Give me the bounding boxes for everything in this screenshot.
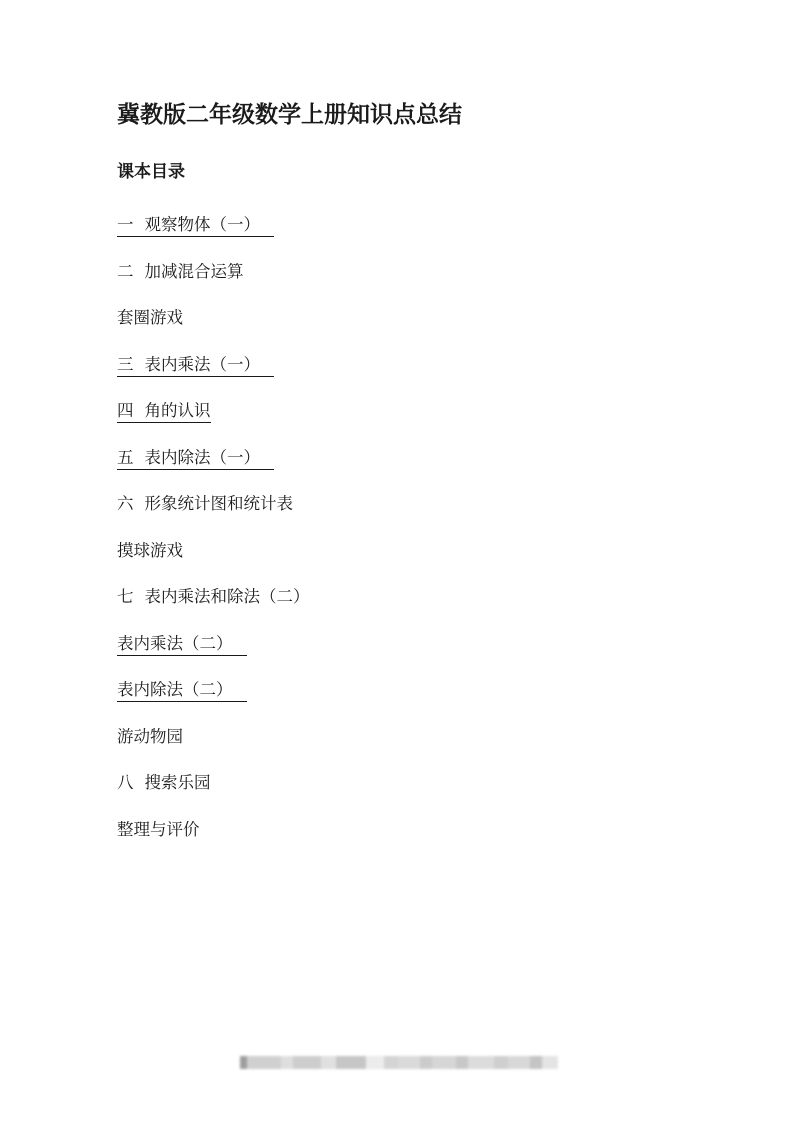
toc-item-number: 三 (117, 356, 134, 374)
toc-item: 摸球游戏 (117, 541, 733, 561)
toc-item-title: 套圈游戏 (117, 309, 183, 327)
toc-item-number: 七 (117, 588, 134, 606)
watermark-block (542, 1056, 558, 1069)
watermark-block (293, 1056, 321, 1069)
toc-item-text: 二加减混合运算 (117, 263, 244, 281)
toc-item-number: 二 (117, 263, 134, 281)
watermark-block (321, 1056, 336, 1069)
document-page: 冀教版二年级数学上册知识点总结 课本目录 一观察物体（一）二加减混合运算套圈游戏… (0, 0, 793, 840)
toc-item: 四角的认识 (117, 401, 733, 421)
toc-item-text: 八搜索乐园 (117, 774, 211, 792)
toc-item-title: 表内除法（一） (145, 449, 261, 467)
blurred-watermark (240, 1056, 558, 1069)
toc-item-title: 游动物园 (117, 728, 183, 746)
toc-item-text: 整理与评价 (117, 821, 200, 839)
toc-item: 二加减混合运算 (117, 262, 733, 282)
toc-heading: 课本目录 (117, 161, 733, 182)
toc-item-underlined-text: 三表内乘法（一） (117, 356, 274, 377)
watermark-block (494, 1056, 508, 1069)
toc-item-underlined-text: 一观察物体（一） (117, 216, 274, 237)
watermark-block (468, 1056, 494, 1069)
toc-item: 三表内乘法（一） (117, 355, 733, 375)
watermark-block (530, 1056, 542, 1069)
toc-item: 六形象统计图和统计表 (117, 494, 733, 514)
toc-list: 一观察物体（一）二加减混合运算套圈游戏三表内乘法（一）四角的认识五表内除法（一）… (117, 215, 733, 840)
toc-item-underlined-text: 四角的认识 (117, 402, 211, 423)
watermark-block (366, 1056, 384, 1069)
toc-item-underlined-text: 表内乘法（二） (117, 635, 247, 656)
toc-item: 八搜索乐园 (117, 773, 733, 793)
toc-item: 表内乘法（二） (117, 634, 733, 654)
toc-item-underlined-text: 五表内除法（一） (117, 449, 274, 470)
toc-item-title: 表内乘法（二） (117, 635, 233, 653)
toc-item-text: 摸球游戏 (117, 542, 183, 560)
toc-item-text: 六形象统计图和统计表 (117, 495, 293, 513)
toc-item-title: 表内乘法和除法（二） (145, 588, 310, 606)
toc-item: 一观察物体（一） (117, 215, 733, 235)
watermark-block (384, 1056, 398, 1069)
toc-item: 七表内乘法和除法（二） (117, 587, 733, 607)
watermark-block (432, 1056, 456, 1069)
toc-item-text: 游动物园 (117, 728, 183, 746)
toc-item-title: 表内除法（二） (117, 681, 233, 699)
toc-item-number: 八 (117, 774, 134, 792)
toc-item-underlined-text: 表内除法（二） (117, 681, 247, 702)
toc-item-title: 角的认识 (145, 402, 211, 420)
watermark-block (240, 1056, 247, 1069)
watermark-block (456, 1056, 468, 1069)
toc-item: 游动物园 (117, 727, 733, 747)
toc-item-title: 摸球游戏 (117, 542, 183, 560)
toc-item-title: 搜索乐园 (145, 774, 211, 792)
toc-item-number: 五 (117, 449, 134, 467)
toc-item: 整理与评价 (117, 820, 733, 840)
toc-item-text: 套圈游戏 (117, 309, 183, 327)
watermark-block (247, 1056, 281, 1069)
watermark-block (420, 1056, 432, 1069)
toc-item-title: 表内乘法（一） (145, 356, 261, 374)
toc-item-title: 观察物体（一） (145, 216, 261, 234)
toc-item: 套圈游戏 (117, 308, 733, 328)
toc-item-title: 整理与评价 (117, 821, 200, 839)
toc-item-number: 六 (117, 495, 134, 513)
toc-item-number: 一 (117, 216, 134, 234)
watermark-block (508, 1056, 530, 1069)
toc-item: 表内除法（二） (117, 680, 733, 700)
watermark-block (281, 1056, 293, 1069)
watermark-block (336, 1056, 366, 1069)
toc-item: 五表内除法（一） (117, 448, 733, 468)
toc-item-title: 形象统计图和统计表 (145, 495, 294, 513)
toc-item-text: 七表内乘法和除法（二） (117, 588, 310, 606)
watermark-block (398, 1056, 420, 1069)
page-title: 冀教版二年级数学上册知识点总结 (117, 100, 733, 129)
toc-item-title: 加减混合运算 (145, 263, 244, 281)
toc-item-number: 四 (117, 402, 134, 420)
